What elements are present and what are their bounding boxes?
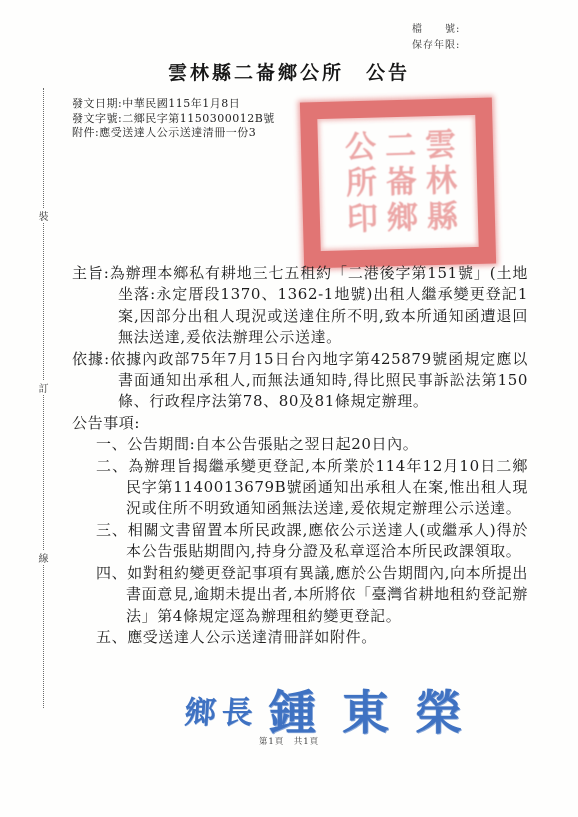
item-text: 應受送達人公示送達清冊詳如附件。 <box>127 628 377 646</box>
item-number: 四、 <box>96 564 127 582</box>
item-text: 如對租約變更登記事項有異議,應於公告期間內,向本所提出書面意見,逾期未提出者,本… <box>126 564 528 625</box>
basis-paragraph: 依據:依據內政部75年7月15日台內地字第425879號函規定應以書面通知出承租… <box>72 349 528 413</box>
file-number-label: 檔 號: <box>412 22 460 38</box>
item-number: 一、 <box>96 435 127 453</box>
document-page: 檔 號: 保存年限: 雲林縣二崙鄉公所 公告 發文日期:中華民國115年1月8日… <box>0 0 578 817</box>
binding-mark-ding: 訂 <box>36 380 51 395</box>
mayor-name: 鍾東榮 <box>269 676 488 743</box>
page-number-info: 第1頁 共1頁 <box>0 735 578 747</box>
items-heading: 公告事項: <box>72 413 528 434</box>
binding-mark-xian: 線 <box>36 550 51 565</box>
item-text: 相關文書留置本所民政課,應依公示送達人(或繼承人)得於本公告張貼期間內,持身分證… <box>126 521 528 560</box>
basis-label: 依據: <box>72 350 110 368</box>
subject-text: 為辦理本鄉私有耕地三七五租約「二港後字第151號」(土地坐落:永定厝段1370、… <box>109 264 528 346</box>
announcement-item-5: 五、應受送達人公示送達清冊詳如附件。 <box>96 627 528 648</box>
item-text: 公告期間:自本公告張貼之翌日起20日內。 <box>127 435 418 453</box>
file-number-block: 檔 號: 保存年限: <box>412 22 460 54</box>
announcement-item-1: 一、公告期間:自本公告張貼之翌日起20日內。 <box>96 434 528 455</box>
basis-text: 依據內政部75年7月15日台內地字第425879號函規定應以書面通知出承租人,而… <box>110 350 528 411</box>
attachment-line: 附件:應受送達人公示送達清冊一份3 <box>72 126 275 141</box>
document-meta: 發文日期:中華民國115年1月8日 發文字號:二鄉民字第1150300012B號… <box>72 97 275 141</box>
announcement-item-3: 三、相關文書留置本所民政課,應依公示送達人(或繼承人)得於本公告張貼期間內,持身… <box>96 520 528 563</box>
binding-mark-zhuang: 裝 <box>36 208 51 223</box>
official-seal-stamp: 雲林縣二崙鄉公所印 <box>300 98 496 269</box>
document-title: 雲林縣二崙鄉公所 公告 <box>0 58 578 85</box>
announcement-item-2: 二、為辦理旨揭繼承變更登記,本所業於114年12月10日二鄉民字第1140013… <box>96 456 528 520</box>
issue-date-line: 發文日期:中華民國115年1月8日 <box>72 97 275 112</box>
doc-number-line: 發文字號:二鄉民字第1150300012B號 <box>72 112 275 127</box>
official-seal-text: 雲林縣二崙鄉公所印 <box>337 127 460 238</box>
item-number: 二、 <box>96 457 128 475</box>
document-body: 主旨:為辦理本鄉私有耕地三七五租約「二港後字第151號」(土地坐落:永定厝段13… <box>72 263 528 648</box>
mayor-signature-stamp: 鄉長 鍾東榮 <box>185 676 488 743</box>
item-number: 五、 <box>96 628 127 646</box>
binding-dotted-line <box>43 88 44 708</box>
subject-paragraph: 主旨:為辦理本鄉私有耕地三七五租約「二港後字第151號」(土地坐落:永定厝段13… <box>72 263 528 349</box>
item-text: 為辦理旨揭繼承變更登記,本所業於114年12月10日二鄉民字第114001367… <box>126 457 528 518</box>
announcement-item-4: 四、如對租約變更登記事項有異議,應於公告期間內,向本所提出書面意見,逾期未提出者… <box>96 563 528 627</box>
mayor-title: 鄉長 <box>183 687 260 732</box>
item-number: 三、 <box>96 521 128 539</box>
subject-label: 主旨: <box>72 264 109 282</box>
retention-period-label: 保存年限: <box>412 38 460 54</box>
